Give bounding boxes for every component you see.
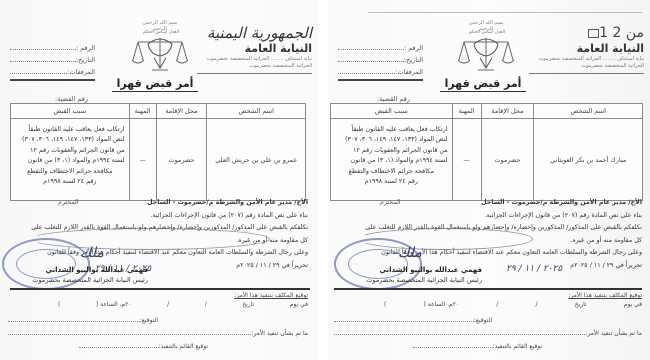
attachments-field: المرفقات: bbox=[338, 64, 423, 76]
arrest-warrant-document-left: الجمهورية اليمنية النيابة العامة نيابة ا… bbox=[0, 0, 318, 360]
col-header-profession: المهنة bbox=[129, 104, 156, 119]
assignee-signature-label: توقيع المكلف بتنفيذ هذا الأمر: bbox=[334, 292, 642, 301]
reference-date-field: التاريخ: bbox=[338, 52, 423, 64]
signer-name: فهمي عبدالله بوالبيو الشداني bbox=[18, 266, 148, 274]
letterhead-divider bbox=[529, 73, 644, 74]
addressee-line: الأخ/ مدير عام الأمن والشرطة م/حضرموت - … bbox=[330, 197, 642, 210]
col-header-profession: المهنة bbox=[452, 104, 481, 119]
letterhead-subline: الجزائية المتخصصة بحضرموت bbox=[197, 63, 312, 70]
signer-title: رئيس النيابة الجزائية المتخصصة بحضرموت bbox=[18, 276, 148, 284]
signature-field: التوقيع: bbox=[334, 311, 642, 324]
execution-date-line: في يوم تاريخ / / ٢٠م. الساعة ( ) bbox=[8, 301, 308, 311]
execution-date-line: في يوم تاريخ / / ٢٠م. الساعة ( ) bbox=[334, 301, 642, 311]
reference-number-field: الرقم : bbox=[10, 40, 95, 52]
emblem-motto: العدل أساس الحكم bbox=[462, 30, 512, 35]
letterhead: الجمهورية اليمنية النيابة العامة نيابة ا… bbox=[197, 24, 312, 74]
col-header-name: اسم الشخص bbox=[207, 104, 306, 119]
legal-basis-line: بناء على نص المادة رقم (٢٠٧) من قانون ال… bbox=[8, 210, 308, 223]
profession-cell: — bbox=[452, 119, 481, 201]
col-header-reason: سبب القبض bbox=[11, 104, 130, 119]
person-name-cell: عمرو بن علي بن حريش العلي bbox=[207, 119, 306, 201]
legal-basis-line: بناء على نص المادة رقم (٢٠٧) من قانون ال… bbox=[330, 210, 642, 223]
yemen-emblem-scales-icon: بسم الله الرحمن الرحيم العدل أساس الحكم bbox=[456, 20, 516, 78]
prosecution-title: النيابة العامة bbox=[529, 42, 644, 56]
residence-cell: حضرموت bbox=[481, 119, 534, 201]
meta-divider bbox=[10, 79, 95, 81]
letterhead-subline: نيابة استئناف ........ الجزائية المتخصصة… bbox=[529, 56, 644, 63]
arrest-reason-cell: ارتكاب فعل يعاقب عليه القانون طبقاً لنص … bbox=[331, 119, 453, 201]
footer-divider bbox=[10, 288, 310, 290]
case-number-label: رقم القضية: bbox=[55, 95, 88, 103]
letterhead-subline: الجزائية المتخصصة بحضرموت bbox=[529, 63, 644, 70]
execution-outcome-field: ما تم بشأن تنفيذ الأمر: bbox=[8, 324, 308, 337]
reference-number-field: الرقم : bbox=[338, 40, 423, 52]
signature-field: التوقيع: bbox=[8, 311, 308, 324]
handwritten-date: ٢٠٢٥ / ١١ / ٢٩ bbox=[506, 264, 562, 274]
republic-title: الجمهورية اليمنية bbox=[197, 24, 312, 42]
arrest-warrant-document-right: 1 من 2 النيابة العامة نيابة استئناف ....… bbox=[328, 0, 650, 360]
reference-fields: الرقم : التاريخ: المرفقات: bbox=[338, 40, 423, 81]
handwritten-signature: ملك bbox=[398, 245, 422, 261]
person-name-cell: مبارك أحمد بن بكر العويثاني bbox=[534, 119, 643, 201]
emblem-motto: العدل أساس الحكم bbox=[136, 30, 186, 35]
yemen-emblem-scales-icon: بسم الله الرحمن الرحيم العدل أساس الحكم bbox=[130, 20, 190, 78]
col-header-reason: سبب القبض bbox=[331, 104, 453, 119]
reference-fields: الرقم : التاريخ: المرفقات: bbox=[10, 40, 95, 81]
profession-cell: — bbox=[129, 119, 156, 201]
prosecution-title: النيابة العامة bbox=[197, 42, 312, 56]
page-gutter bbox=[318, 0, 328, 360]
letterhead-divider bbox=[197, 73, 312, 74]
case-number-label: رقم القضية: bbox=[377, 95, 410, 103]
executor-signature-field: توقيع القائم بالتنفيذ: bbox=[334, 337, 642, 350]
col-header-name: اسم الشخص bbox=[534, 104, 643, 119]
executor-signature-field: توقيع القائم بالتنفيذ: bbox=[8, 337, 308, 350]
meta-divider bbox=[338, 79, 423, 81]
execution-footer: توقيع المكلف بتنفيذ هذا الأمر: في يوم تا… bbox=[8, 292, 308, 350]
checkbox-icon bbox=[588, 29, 599, 38]
table-header-row: اسم الشخص محل الإقامة المهنة سبب القبض bbox=[331, 104, 643, 119]
residence-cell: حضرموت bbox=[156, 119, 207, 201]
signer-title: رئيس النيابة الجزائية المتخصصة بحضرموت bbox=[352, 276, 482, 284]
warrant-table: اسم الشخص محل الإقامة المهنة سبب القبض م… bbox=[330, 103, 643, 201]
signer-name: فهمي عبدالله بوالبيو الشداني bbox=[352, 266, 482, 274]
attachments-field: المرفقات: bbox=[10, 64, 95, 76]
assignee-signature-label: توقيع المكلف بتنفيذ هذا الأمر: bbox=[8, 292, 308, 301]
col-header-residence: محل الإقامة bbox=[481, 104, 534, 119]
letterhead: 1 من 2 النيابة العامة نيابة استئناف ....… bbox=[529, 24, 644, 74]
reference-date-field: التاريخ: bbox=[10, 52, 95, 64]
warrant-table: اسم الشخص محل الإقامة المهنة سبب القبض ع… bbox=[10, 103, 306, 201]
footer-divider bbox=[334, 288, 642, 290]
signer-block: فهمي عبدالله بوالبيو الشداني رئيس النياب… bbox=[18, 266, 148, 284]
arrest-reason-cell: ارتكاب فعل يعاقب عليه القانون طبقاً لنص … bbox=[11, 119, 130, 201]
signer-block: فهمي عبدالله بوالبيو الشداني رئيس النياب… bbox=[352, 266, 482, 284]
col-header-residence: محل الإقامة bbox=[156, 104, 207, 119]
table-row: مبارك أحمد بن بكر العويثاني حضرموت — ارت… bbox=[331, 119, 643, 201]
document-title: أمر قبض قهرا bbox=[112, 77, 198, 92]
execution-footer: توقيع المكلف بتنفيذ هذا الأمر: في يوم تا… bbox=[334, 292, 642, 350]
table-row: عمرو بن علي بن حريش العلي حضرموت — ارتكا… bbox=[11, 119, 306, 201]
document-title: أمر قبض قهرا bbox=[440, 77, 526, 92]
execution-outcome-field: ما تم بشأن تنفيذ الأمر: bbox=[334, 324, 642, 337]
page-indicator: 1 من 2 bbox=[529, 24, 644, 42]
scan-edge-line bbox=[368, 12, 642, 13]
handwritten-signature: ملك bbox=[80, 245, 104, 261]
addressee-line: الأخ/ مدير عام الأمن والشرطة م/حضرموت - … bbox=[8, 197, 308, 210]
letterhead-subline: نيابة استئناف ........ الجزائية المتخصصة… bbox=[197, 56, 312, 63]
table-header-row: اسم الشخص محل الإقامة المهنة سبب القبض bbox=[11, 104, 306, 119]
